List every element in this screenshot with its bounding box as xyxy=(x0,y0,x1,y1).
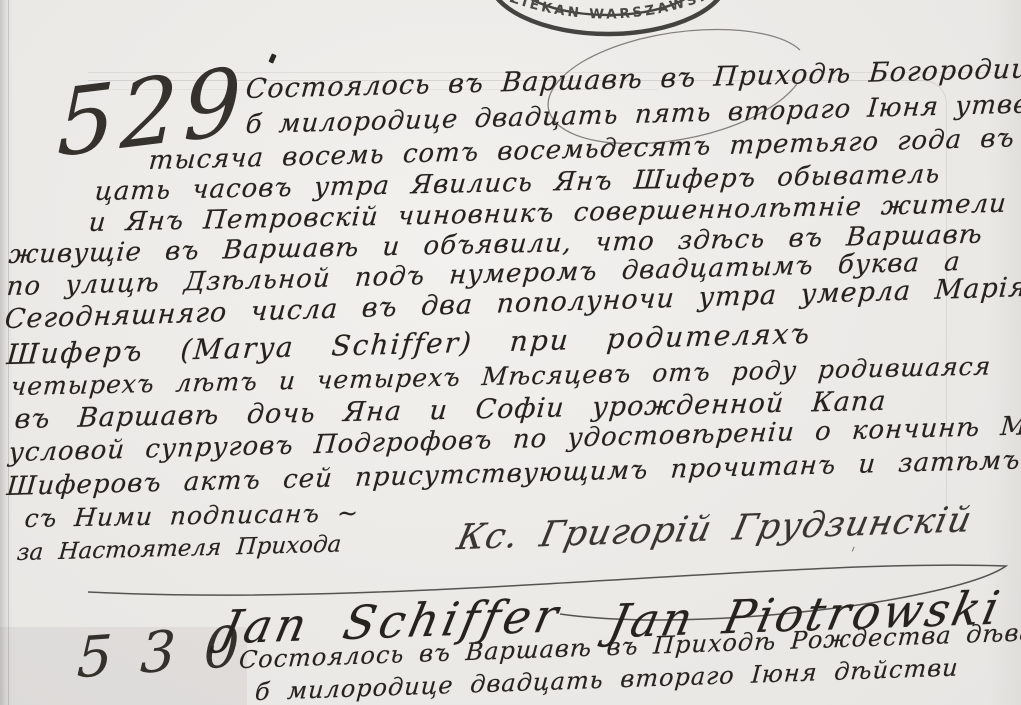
record-529-line-14: съ Ними подписанъ ~ xyxy=(23,498,360,533)
document-scan-page: DZIEKAN WARSZAWSKI 529 530 Состоялось въ… xyxy=(0,0,1021,705)
